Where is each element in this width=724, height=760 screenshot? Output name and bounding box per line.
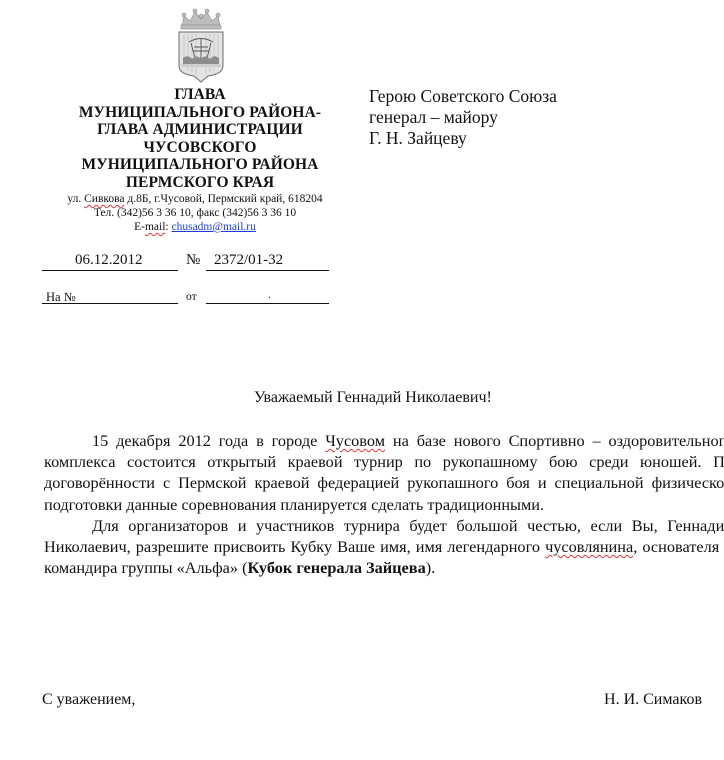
paragraph-text: ). <box>426 558 436 577</box>
from-underline <box>206 303 329 304</box>
address-line: ул. Сивкова д.8Б, г.Чусовой, Пермский кр… <box>50 192 340 206</box>
addressee-line: Герою Советского Союза <box>369 86 557 107</box>
org-title-line: МУНИЦИПАЛЬНОГО РАЙОНА <box>60 156 340 174</box>
paragraph: 15 декабря 2012 года в городе Чусовом на… <box>44 430 724 515</box>
paragraph: Для организаторов и участников турнира б… <box>44 515 724 579</box>
address-prefix: ул. <box>67 193 84 205</box>
coat-of-arms-emblem <box>172 6 230 84</box>
org-title-line: ГЛАВА <box>60 86 340 104</box>
email-link[interactable]: chusadm@mail.ru <box>172 221 256 233</box>
org-title-line: МУНИЦИПАЛЬНОГО РАЙОНА- <box>60 104 340 122</box>
org-title-line: ПЕРМСКОГО КРАЯ <box>60 174 340 192</box>
email-prefix-word: mail <box>145 221 165 233</box>
closing-phrase: С уважением, <box>42 691 135 709</box>
address-street: Сивкова <box>84 193 124 205</box>
addressee-block: Герою Советского Союза генерал – майору … <box>369 86 557 149</box>
salutation: Уважаемый Геннадий Николаевич! <box>254 389 492 407</box>
addressee-line: генерал – майору <box>369 107 557 128</box>
address-rest: д.8Б, г.Чусовой, Пермский край, 618204 <box>125 193 323 205</box>
date-underline <box>42 270 178 271</box>
outgoing-date: 06.12.2012 <box>75 252 143 269</box>
cup-name: Кубок генерала Зайцева <box>248 558 426 577</box>
email-prefix: E- <box>134 221 145 233</box>
organization-contacts: ул. Сивкова д.8Б, г.Чусовой, Пермский кр… <box>50 192 340 234</box>
in-reply-underline <box>42 303 178 304</box>
org-title-line: ГЛАВА АДМИНИСТРАЦИИ <box>60 121 340 139</box>
number-sign: № <box>186 252 200 269</box>
native-word: чусовлянина <box>545 537 633 556</box>
town-name: Чусовом <box>325 431 385 450</box>
from-value: . <box>268 289 271 301</box>
outgoing-number: 2372/01-32 <box>214 252 283 269</box>
phone-line: Тел. (342)56 3 36 10, факс (342)56 3 36 … <box>50 206 340 220</box>
organization-title: ГЛАВА МУНИЦИПАЛЬНОГО РАЙОНА- ГЛАВА АДМИН… <box>60 86 340 191</box>
signer-name: Н. И. Симаков <box>604 691 702 709</box>
paragraph-text: 15 декабря 2012 года в городе <box>92 431 325 450</box>
from-label: от <box>186 291 197 303</box>
org-title-line: ЧУСОВСКОГО <box>60 139 340 157</box>
number-underline <box>206 270 329 271</box>
letter-body: 15 декабря 2012 года в городе Чусовом на… <box>44 430 724 578</box>
addressee-line: Г. Н. Зайцеву <box>369 128 557 149</box>
email-line: E-mail: chusadm@mail.ru <box>50 220 340 234</box>
